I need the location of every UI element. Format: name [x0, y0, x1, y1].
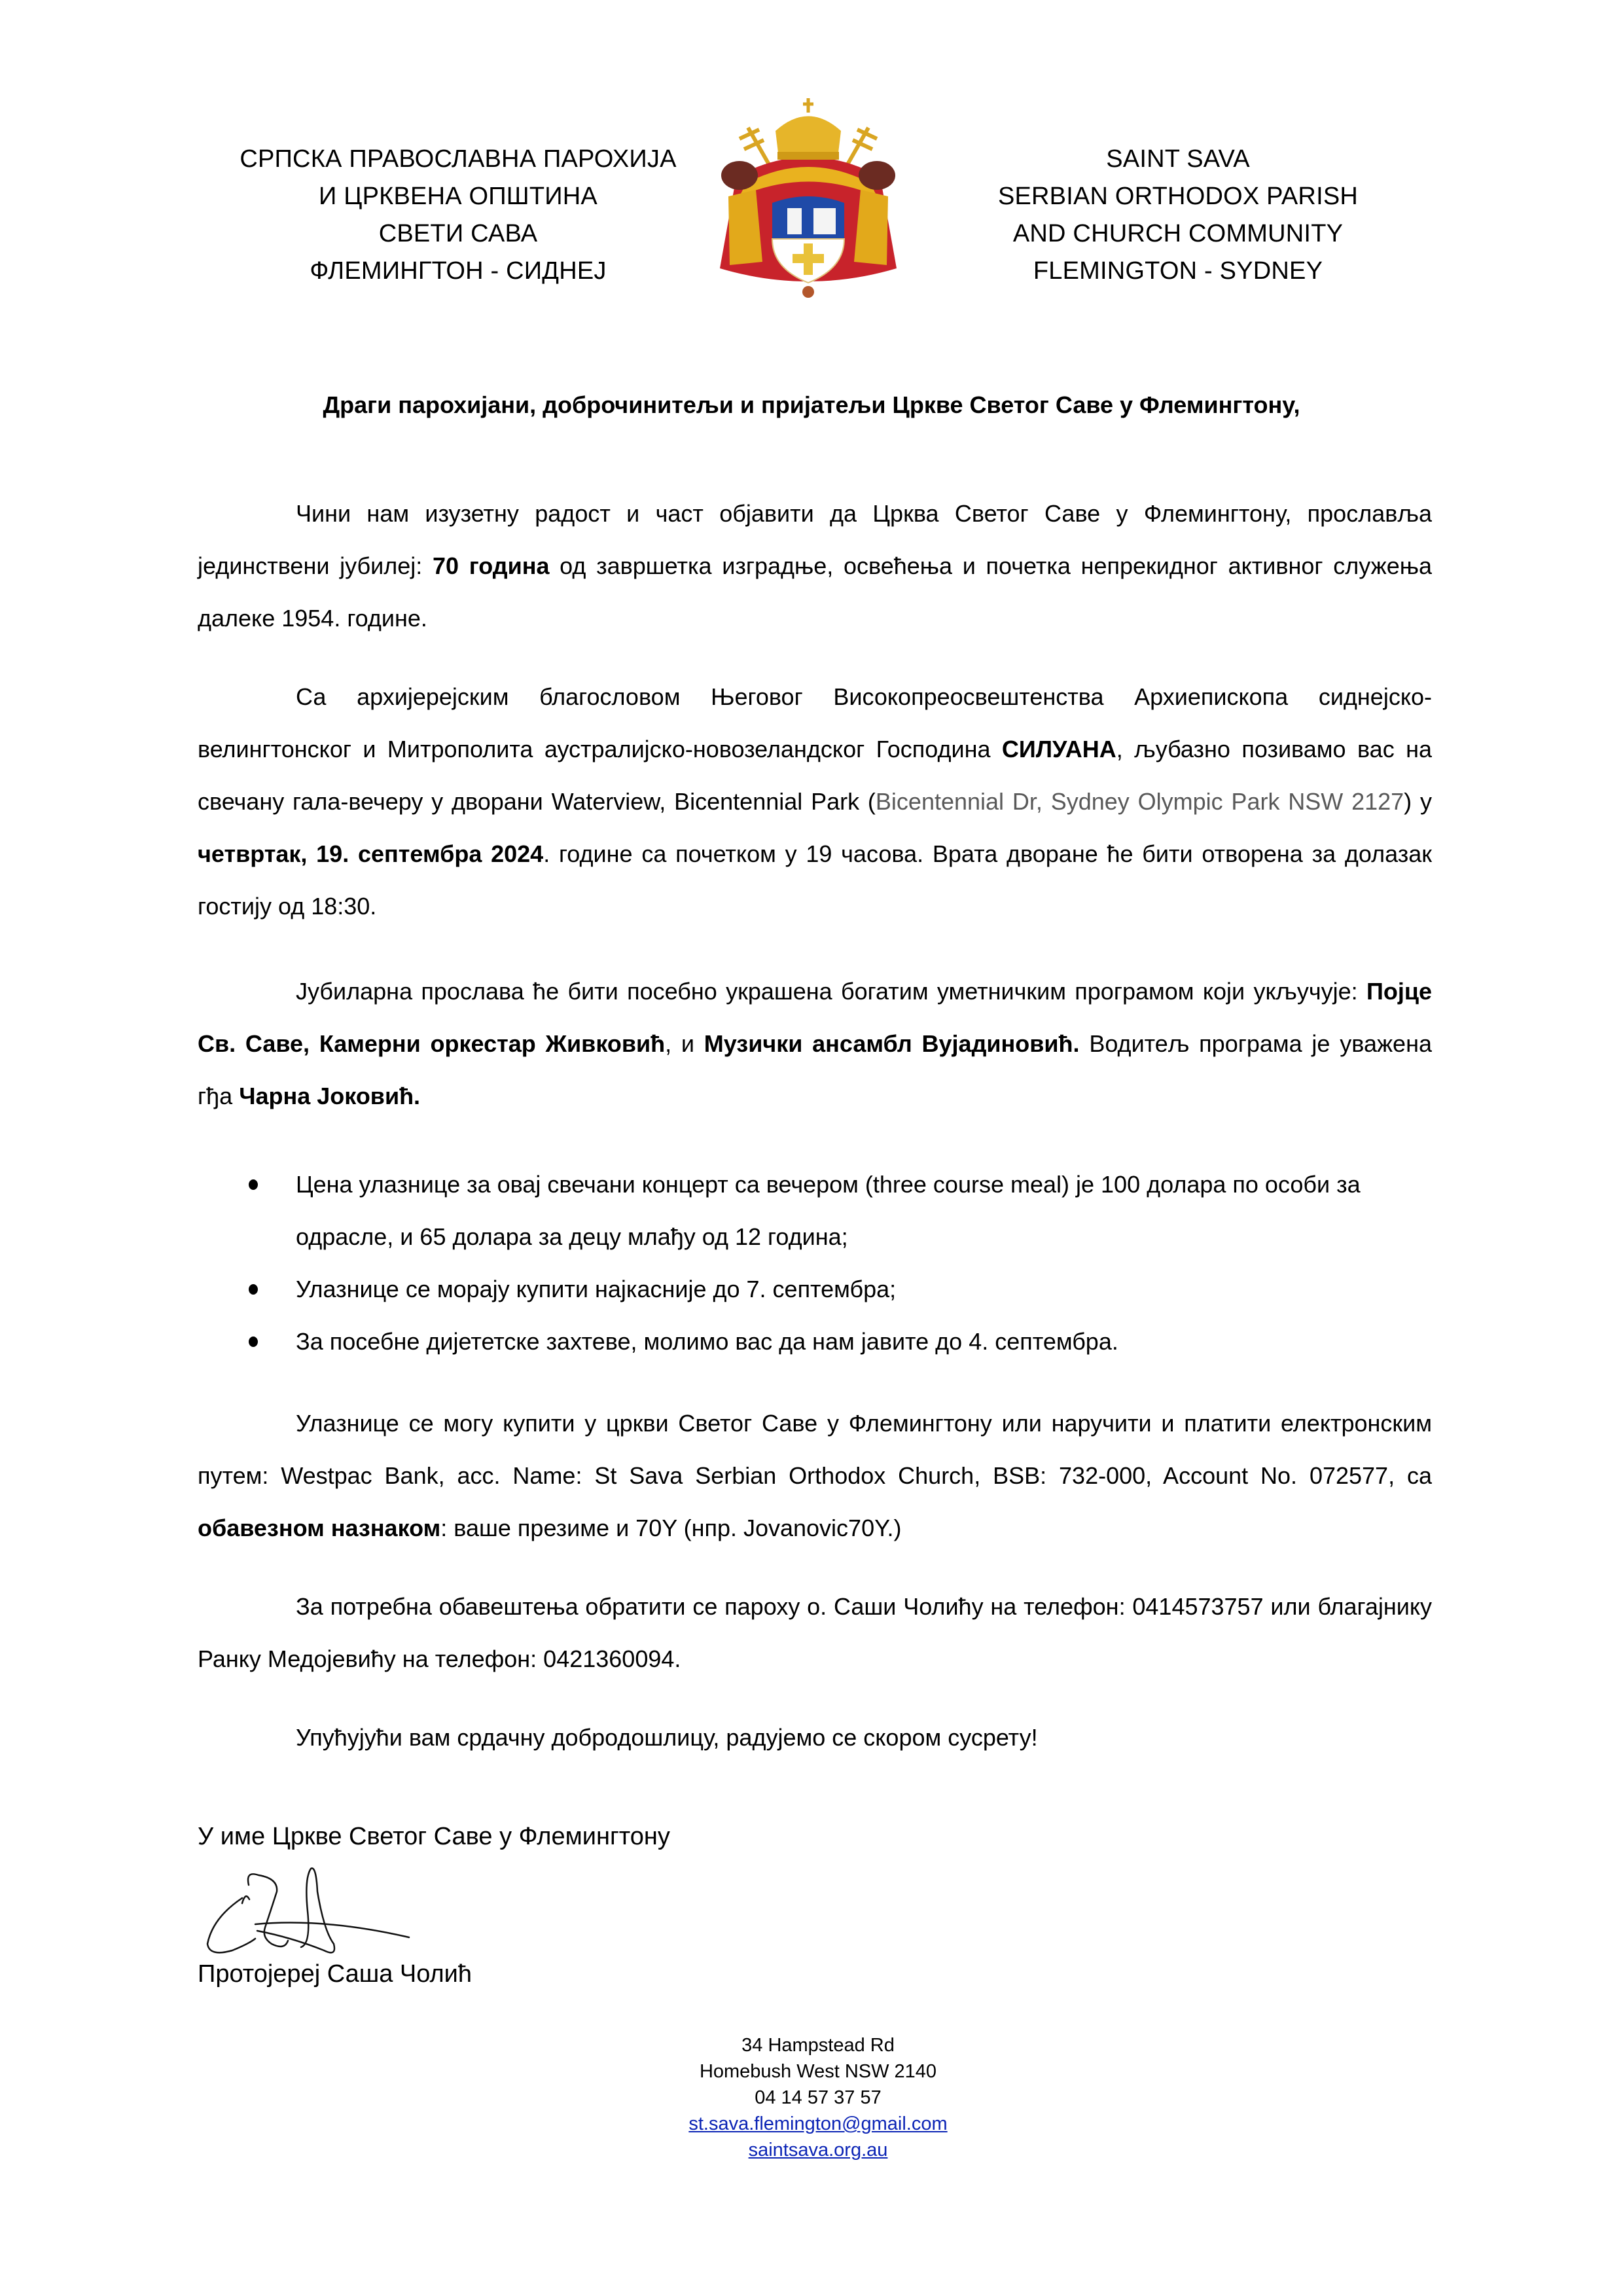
text: ) у: [1404, 788, 1432, 815]
letterhead-left-line: СВЕТИ САВА: [216, 215, 700, 253]
ticket-info-list: Цена улазнице за овај свечани концерт са…: [198, 1158, 1432, 1368]
text: Улазнице се могу купити у цркви Светог С…: [198, 1410, 1432, 1489]
highlight-reference: обавезном назнаком: [198, 1515, 440, 1541]
list-item: Улазнице се морају купити најкасније до …: [198, 1263, 1432, 1316]
bullet-icon: [249, 1336, 258, 1347]
text: : ваше презиме и 70Y (нпр. Jovanovic70Y.…: [440, 1515, 901, 1541]
footer-phone: 04 14 57 37 57: [654, 2085, 982, 2111]
paragraph-contact: За потребна обавештења обратити се парох…: [198, 1581, 1432, 1685]
closing-on-behalf: У име Цркве Светог Саве у Флемингтону: [198, 1823, 670, 1851]
letterhead-serbian: СРПСКА ПРАВОСЛАВНА ПАРОХИЈА И ЦРКВЕНА ОП…: [216, 141, 700, 290]
list-item: За посебне дијететске захтеве, молимо ва…: [198, 1316, 1432, 1368]
list-item-text: Цена улазнице за овај свечани концерт са…: [296, 1171, 1361, 1250]
footer-address-line2: Homebush West NSW 2140: [654, 2058, 982, 2085]
event-date: четвртак, 19. септембра 2024: [198, 840, 543, 867]
letterhead-right-line: AND CHURCH COMMUNITY: [929, 215, 1427, 253]
letterhead-right-line: SERBIAN ORTHODOX PARISH: [929, 178, 1427, 215]
text: Јубиларна прослава ће бити посебно украш…: [296, 978, 1366, 1005]
letterhead-left-line: И ЦРКВЕНА ОПШТИНА: [216, 178, 700, 215]
letterhead: СРПСКА ПРАВОСЛАВНА ПАРОХИЈА И ЦРКВЕНА ОП…: [0, 141, 1623, 337]
letterhead-english: SAINT SAVA SERBIAN ORTHODOX PARISH AND C…: [929, 141, 1427, 290]
letterhead-left-line: ФЛЕМИНГТОН - СИДНЕЈ: [216, 253, 700, 290]
list-item-text: За посебне дијететске захтеве, молимо ва…: [296, 1328, 1118, 1355]
signature-icon: [193, 1852, 455, 1967]
salutation: Драги парохијани, доброчинитељи и пријат…: [196, 391, 1427, 419]
letterhead-left-line: СРПСКА ПРАВОСЛАВНА ПАРОХИЈА: [216, 141, 700, 178]
venue-address: Bicentennial Dr, Sydney Olympic Park NSW…: [876, 788, 1404, 815]
paragraph-payment: Улазнице се могу купити у цркви Светог С…: [198, 1397, 1432, 1554]
letterhead-right-line: SAINT SAVA: [929, 141, 1427, 178]
performers-ensemble: Музички ансамбл Вујадиновић.: [704, 1030, 1080, 1057]
bullet-icon: [249, 1284, 258, 1295]
host-name: Чарна Јоковић.: [239, 1083, 420, 1109]
coat-of-arms-icon: [710, 98, 906, 304]
list-item-text: Улазнице се морају купити најкасније до …: [296, 1276, 896, 1302]
list-item: Цена улазнице за овај свечани концерт са…: [198, 1158, 1432, 1263]
paragraph-program: Јубиларна прослава ће бити посебно украш…: [198, 965, 1432, 1122]
email-link[interactable]: st.sava.flemington@gmail.com: [688, 2113, 947, 2134]
paragraph-jubilee: Чини нам изузетну радост и част објавити…: [198, 488, 1432, 645]
bullet-icon: [249, 1179, 258, 1190]
footer-address-line1: 34 Hampstead Rd: [654, 2032, 982, 2058]
footer-contact: 34 Hampstead Rd Homebush West NSW 2140 0…: [654, 2032, 982, 2163]
letterhead-right-line: FLEMINGTON - SYDNEY: [929, 253, 1427, 290]
highlight-metropolitan: СИЛУАНА: [1002, 736, 1116, 762]
highlight-years: 70 година: [433, 552, 550, 579]
text: , и: [665, 1030, 704, 1057]
website-link[interactable]: saintsava.org.au: [749, 2140, 888, 2161]
paragraph-welcome: Упућујући вам срдачну добродошлицу, раду…: [198, 1712, 1432, 1764]
paragraph-invitation: Са архијерејским благословом Његовог Вис…: [198, 671, 1432, 933]
signatory-name: Протојереј Саша Чолић: [198, 1960, 472, 1988]
